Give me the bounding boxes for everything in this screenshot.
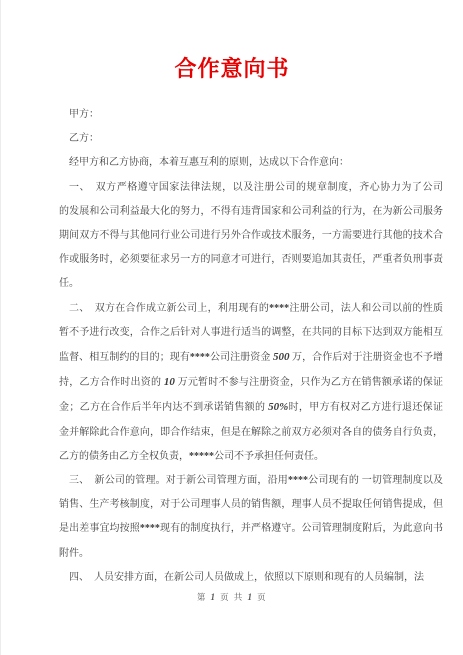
- text-segment: 时，甲方有权对乙方进行退还保证: [288, 402, 443, 413]
- paragraph: 经甲方和乙方协商，本着互惠互利的原则，达成以下合作意向：: [59, 151, 443, 175]
- paragraph: 甲方：: [59, 103, 443, 127]
- page-footer: 第 1 页 共 1 页: [1, 591, 463, 603]
- text-segment: 二、 双方在合作成立新公司上，利用现有的: [69, 303, 269, 314]
- text-line: 二、 双方在合作成立新公司上，利用现有的****注册公司，法人和公司以前的性质: [59, 297, 443, 321]
- text-line: 三、 新公司的管理。对于新公司管理方面，沿用****公司现有的 一切管理制度以及: [59, 469, 443, 493]
- text-line: 经甲方和乙方协商，本着互惠互利的原则，达成以下合作意向：: [59, 151, 443, 175]
- text-segment: 页: [253, 592, 267, 602]
- text-line: 作或服务时，必须要征求另一方的同意才可进行，否则要追加其责任，严重者负刑事责: [59, 248, 443, 272]
- paragraph: 三、 新公司的管理。对于新公司管理方面，沿用****公司现有的 一切管理制度以及…: [59, 469, 443, 566]
- text-segment: 销售、生产考核制度，对于公司理事人员的销售额，理事人员不提取任何销售提成，但: [59, 499, 443, 510]
- text-line: 销售、生产考核制度，对于公司理事人员的销售额，理事人员不提取任何销售提成，但: [59, 493, 443, 517]
- text-segment: 50%: [268, 401, 288, 413]
- text-segment: 任。: [59, 278, 79, 289]
- text-segment: ****: [288, 475, 308, 486]
- text-segment: ****: [140, 523, 160, 534]
- text-segment: 暂不予进行改变，合作之后针对人事进行适当的调整，在共同的目标下达到双方能相互: [59, 327, 443, 338]
- text-segment: 注册公司，法人和公司以前的性质: [289, 303, 443, 314]
- text-segment: 附件。: [59, 548, 89, 559]
- paragraph: 乙方：: [59, 127, 443, 151]
- text-line: 持，乙方合作时出资的 10 万元暂时不参与注册资金，只作为乙方在销售额承诺的保证: [59, 370, 443, 395]
- text-line: 一、 双方严格遵守国家法律法规，以及注册公司的规章制度，齐心协力为了公司: [59, 176, 443, 200]
- text-line: 乙方的债务由乙方全权负责，*****公司不予承担任何责任。: [59, 445, 443, 469]
- text-segment: 一、 双方严格遵守国家法律法规，以及注册公司的规章制度，齐心协力为了公司: [69, 182, 443, 193]
- paragraph: 一、 双方严格遵守国家法律法规，以及注册公司的规章制度，齐心协力为了公司的发展和…: [59, 176, 443, 297]
- text-segment: 乙方的债务由乙方全权负责，: [59, 451, 189, 462]
- page: 合作意向书 甲方：乙方：经甲方和乙方协商，本着互惠互利的原则，达成以下合作意向：…: [0, 0, 463, 655]
- text-segment: 万，合作后对于注册资金也不予增: [289, 352, 443, 363]
- text-segment: 乙方：: [69, 133, 99, 144]
- text-segment: 公司现有的 一切管理制度以及: [308, 475, 443, 486]
- text-line: 甲方：: [59, 103, 443, 127]
- text-line: 任。: [59, 272, 443, 296]
- text-segment: 金；乙方在合作后半年内达不到承诺销售额的: [59, 402, 268, 413]
- text-segment: 第: [197, 592, 211, 602]
- text-line: 金并解除此合作意向，即合作结束，但是在解除之前双方必须对各自的债务自行负责，: [59, 421, 443, 445]
- document-title: 合作意向书: [1, 52, 463, 83]
- text-segment: 的发展和公司利益最大化的努力，不得有违背国家和公司利益的行为，在为新公司服务: [59, 206, 443, 217]
- text-segment: 作或服务时，必须要征求另一方的同意才可进行，否则要追加其责任，严重者负刑事责: [59, 254, 443, 265]
- text-segment: 10: [164, 376, 175, 388]
- text-segment: 500: [273, 351, 290, 363]
- text-segment: ****: [190, 352, 210, 363]
- text-segment: 甲方：: [69, 109, 99, 120]
- text-segment: 公司不予承担任何责任。: [214, 451, 324, 462]
- text-segment: 页 共: [217, 592, 248, 602]
- text-line: 暂不予进行改变，合作之后针对人事进行适当的调整，在共同的目标下达到双方能相互: [59, 321, 443, 345]
- text-line: 四、 人员安排方面，在新公司人员做成上，依照以下原则和现有的人员编制，法: [59, 566, 443, 590]
- text-line: 乙方：: [59, 127, 443, 151]
- paragraph: 二、 双方在合作成立新公司上，利用现有的****注册公司，法人和公司以前的性质暂…: [59, 297, 443, 469]
- text-segment: 监督、相互制约的目的；现有: [59, 352, 190, 363]
- text-segment: 金并解除此合作意向，即合作结束，但是在解除之前双方必须对各自的债务自行负责，: [59, 427, 443, 438]
- document-body: 甲方：乙方：经甲方和乙方协商，本着互惠互利的原则，达成以下合作意向：一、 双方严…: [59, 103, 443, 590]
- paragraph: 四、 人员安排方面，在新公司人员做成上，依照以下原则和现有的人员编制，法: [59, 566, 443, 590]
- text-segment: ****: [269, 303, 289, 314]
- text-line: 监督、相互制约的目的；现有****公司注册资金 500 万，合作后对于注册资金也…: [59, 345, 443, 370]
- text-segment: 是出差事宜均按照: [59, 523, 140, 534]
- text-segment: 持，乙方合作时出资的: [59, 377, 164, 388]
- text-segment: 期间双方不得与其他同行业公司进行另外合作或技术服务，一方需要进行其他的技术合: [59, 230, 443, 241]
- text-segment: 万元暂时不参与注册资金，只作为乙方在销售额承诺的保证: [175, 377, 443, 388]
- text-segment: 公司注册资金: [210, 352, 273, 363]
- text-segment: 经甲方和乙方协商，本着互惠互利的原则，达成以下合作意向：: [69, 157, 349, 168]
- text-segment: *****: [189, 451, 214, 462]
- text-line: 期间双方不得与其他同行业公司进行另外合作或技术服务，一方需要进行其他的技术合: [59, 224, 443, 248]
- text-line: 金；乙方在合作后半年内达不到承诺销售额的 50%时，甲方有权对乙方进行退还保证: [59, 395, 443, 420]
- text-segment: 现有的制度执行，并严格遵守。公司管理制度附后，为此意向书: [160, 523, 443, 534]
- text-segment: 三、 新公司的管理。对于新公司管理方面，沿用: [69, 475, 288, 486]
- text-line: 是出差事宜均按照****现有的制度执行，并严格遵守。公司管理制度附后，为此意向书: [59, 517, 443, 541]
- text-line: 附件。: [59, 542, 443, 566]
- text-segment: 四、 人员安排方面，在新公司人员做成上，依照以下原则和现有的人员编制，法: [69, 572, 424, 583]
- text-line: 的发展和公司利益最大化的努力，不得有违背国家和公司利益的行为，在为新公司服务: [59, 200, 443, 224]
